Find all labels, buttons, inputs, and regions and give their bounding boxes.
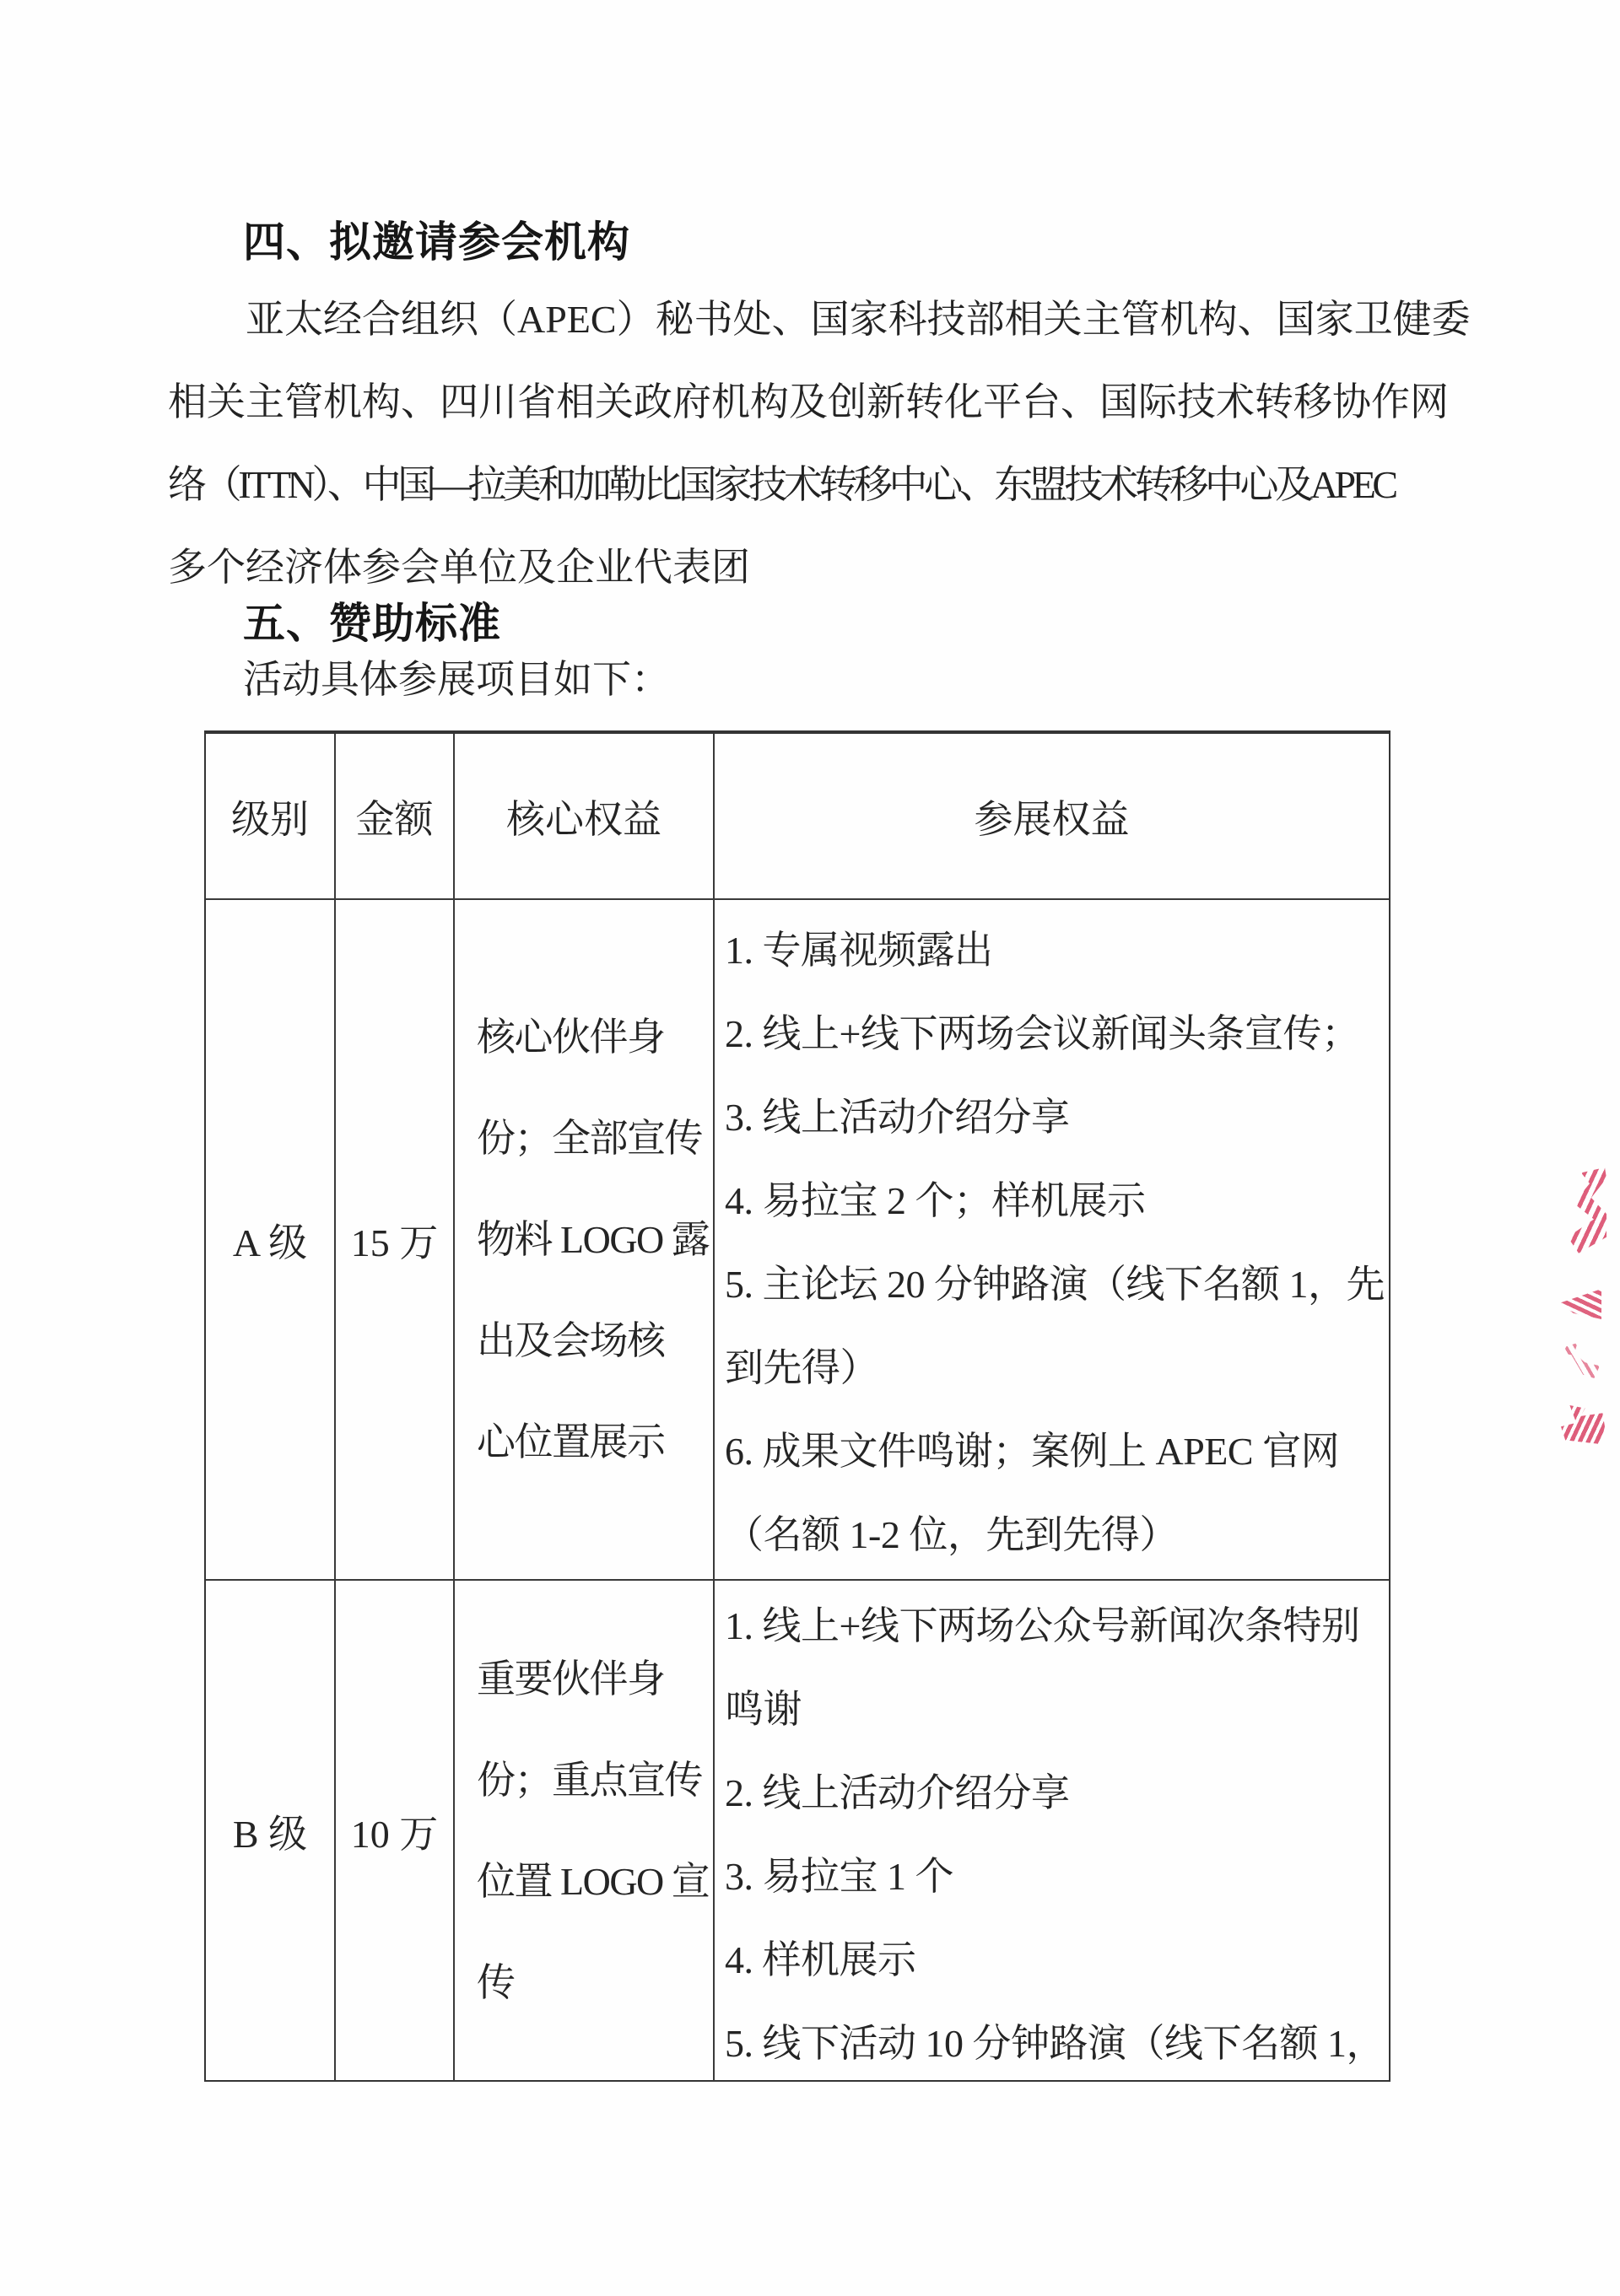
header-cell-amount: 金额: [336, 734, 455, 900]
core-rights-line: 出及会场核: [477, 1291, 713, 1392]
core-rights-line: 份；全部宣传: [477, 1088, 713, 1189]
header-cell-benefits: 参展权益: [715, 734, 1389, 900]
row-b-level-cell: B 级: [206, 1581, 336, 2081]
benefit-item: 6. 成果文件鸣谢；案例上 APEC 官网（名额 1-2 位，先到先得）: [725, 1409, 1385, 1576]
benefit-item: 1. 专属视频露出: [725, 908, 1385, 992]
benefit-item: 2. 线上活动介绍分享: [725, 1751, 1385, 1835]
row-a-core-rights-cell: 核心伙伴身份；全部宣传物料 LOGO 露出及会场核心位置展示: [455, 900, 715, 1581]
core-rights-line: 位置 LOGO 宣: [477, 1831, 713, 1932]
section-4-heading: 四、拟邀请参会机构: [243, 218, 630, 267]
paragraph-line: 亚太经合组织（APEC）秘书处、国家科技部相关主管机构、国家卫健委: [168, 278, 1459, 361]
row-a-benefits-cell: 1. 专属视频露出2. 线上+线下两场会议新闻头条宣传；3. 线上活动介绍分享4…: [715, 900, 1389, 1581]
header-cell-level: 级别: [206, 734, 336, 900]
benefit-item: 5. 主论坛 20 分钟路演（线下名额 1，先到先得）: [725, 1242, 1385, 1409]
benefit-item: 1. 线上+线下两场公众号新闻次条特别鸣谢: [725, 1584, 1385, 1751]
benefit-item: 5. 线下活动 10 分钟路演（线下名额 1，: [725, 2002, 1385, 2081]
red-stamp-fragment-icon: [1561, 1289, 1601, 1319]
core-rights-line: 核心伙伴身: [477, 987, 713, 1088]
row-a-amount-cell: 15 万: [336, 900, 455, 1581]
paragraph-line: 多个经济体参会单位及企业代表团: [168, 526, 1459, 609]
row-b-benefits-cell: 1. 线上+线下两场公众号新闻次条特别鸣谢2. 线上活动介绍分享3. 易拉宝 1…: [715, 1581, 1389, 2081]
benefit-item: 3. 线上活动介绍分享: [725, 1075, 1385, 1159]
section-5-heading: 五、赞助标准: [243, 599, 501, 648]
benefit-item: 2. 线上+线下两场会议新闻头条宣传；: [725, 992, 1385, 1075]
red-stamp-fragment-icon: [1561, 1405, 1605, 1444]
benefit-item: 4. 样机展示: [725, 1918, 1385, 2002]
row-a-level-cell: A 级: [206, 900, 336, 1581]
paragraph-line: 相关主管机构、四川省相关政府机构及创新转化平台、国际技术转移协作网: [168, 361, 1459, 444]
benefit-item: 3. 易拉宝 1 个: [725, 1835, 1385, 1918]
core-rights-line: 传: [477, 1932, 713, 2034]
benefit-item: 4. 易拉宝 2 个；样机展示: [725, 1159, 1385, 1242]
document-page: 四、拟邀请参会机构 亚太经合组织（APEC）秘书处、国家科技部相关主管机构、国家…: [0, 0, 1620, 2296]
red-stamp-fragment-icon: [1564, 1167, 1606, 1257]
sponsorship-table: 级别金额核心权益参展权益A 级15 万核心伙伴身份；全部宣传物料 LOGO 露出…: [204, 730, 1390, 2082]
core-rights-line: 份；重点宣传: [477, 1730, 713, 1831]
section-4-paragraph: 亚太经合组织（APEC）秘书处、国家科技部相关主管机构、国家卫健委相关主管机构、…: [168, 278, 1459, 609]
core-rights-line: 心位置展示: [477, 1392, 713, 1493]
core-rights-line: 物料 LOGO 露: [477, 1189, 713, 1291]
row-b-core-rights-cell: 重要伙伴身份；重点宣传位置 LOGO 宣传: [455, 1581, 715, 2081]
red-stamp-fragment-icon: [1563, 1343, 1600, 1378]
core-rights-line: 重要伙伴身: [477, 1629, 713, 1730]
row-b-amount-cell: 10 万: [336, 1581, 455, 2081]
table-intro: 活动具体参展项目如下：: [243, 658, 670, 702]
header-cell-core: 核心权益: [455, 734, 715, 900]
paragraph-line: 络（ITTN）、中国—拉美和加勒比国家技术转移中心、东盟技术转移中心及APEC: [168, 444, 1459, 526]
